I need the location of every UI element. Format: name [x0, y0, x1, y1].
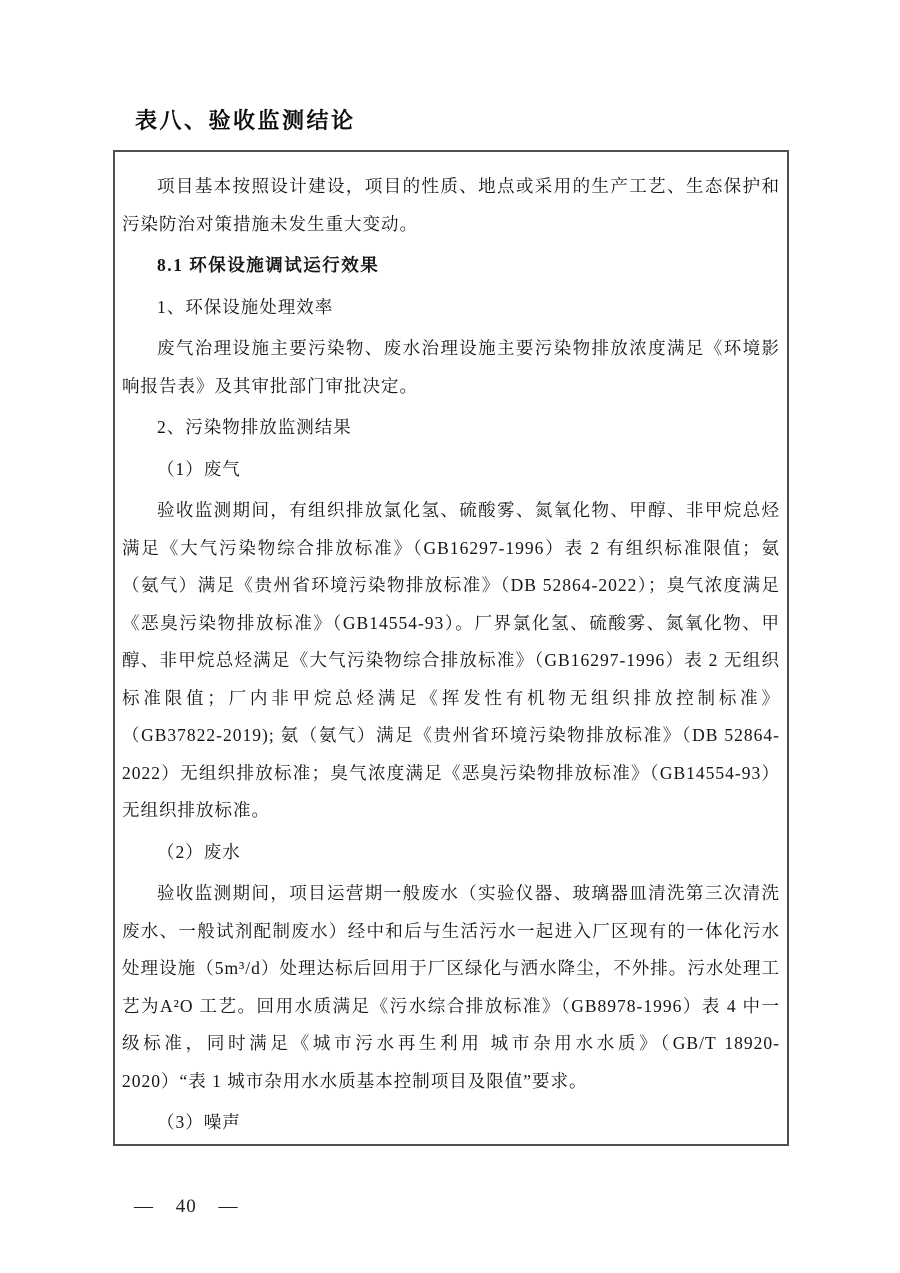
item-noise: （3）噪声 — [122, 1104, 780, 1142]
page-title: 表八、验收监测结论 — [135, 104, 356, 135]
item-2-pollutant-monitoring-results: 2、污染物排放监测结果 — [122, 409, 780, 447]
paragraph-project-overview: 项目基本按照设计建设，项目的性质、地点或采用的生产工艺、生态保护和污染防治对策措… — [122, 168, 780, 243]
item-1-treatment-efficiency: 1、环保设施处理效率 — [122, 289, 780, 327]
conclusion-content-box: 项目基本按照设计建设，项目的性质、地点或采用的生产工艺、生态保护和污染防治对策措… — [113, 150, 789, 1146]
item-waste-water: （2）废水 — [122, 834, 780, 872]
paragraph-treatment-efficiency-detail: 废气治理设施主要污染物、废水治理设施主要污染物排放浓度满足《环境影响报告表》及其… — [122, 330, 780, 405]
page-number: — 40 — — [134, 1196, 239, 1218]
paragraph-waste-water-detail: 验收监测期间，项目运营期一般废水（实验仪器、玻璃器皿清洗第三次清洗废水、一般试剂… — [122, 875, 780, 1100]
paragraph-waste-gas-detail: 验收监测期间，有组织排放氯化氢、硫酸雾、氮氧化物、甲醇、非甲烷总烃满足《大气污染… — [122, 492, 780, 830]
item-waste-gas: （1）废气 — [122, 451, 780, 489]
heading-8-1-facility-commissioning-effect: 8.1 环保设施调试运行效果 — [122, 247, 780, 285]
report-page: { "document": { "title": "表八、验收监测结论", "b… — [0, 0, 900, 1273]
